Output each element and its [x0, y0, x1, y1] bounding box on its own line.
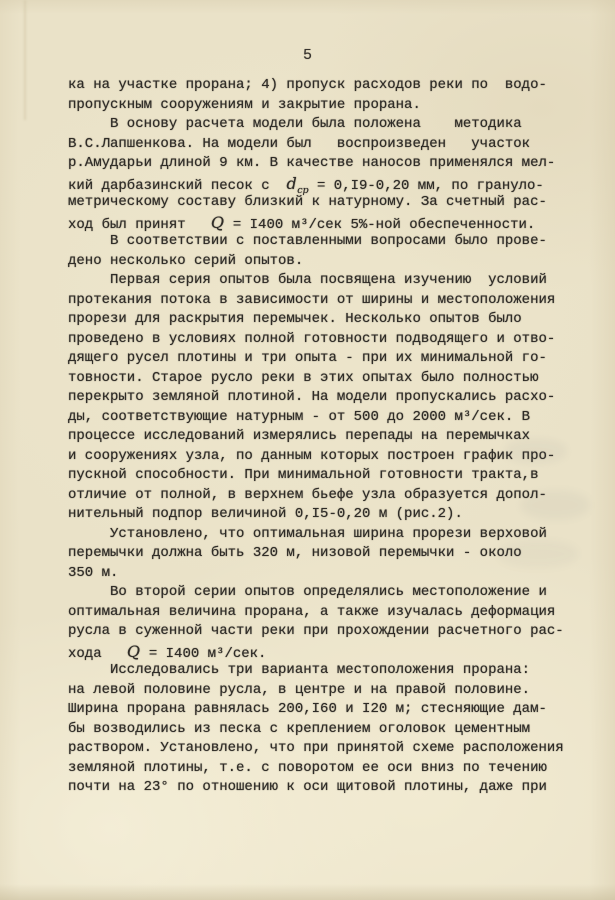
- text-body: ка на участке прорана; 4) пропуск расход…: [68, 76, 568, 798]
- text-line: проведено в условиях полной готовности п…: [68, 330, 568, 350]
- text-line: протекания потока в зависимости от ширин…: [68, 291, 568, 311]
- text-line: бы возводились из песка с креплением ого…: [68, 720, 568, 740]
- text-line: В.С.Лапшенкова. На модели был воспроизве…: [68, 135, 568, 155]
- text-line: р.Амударьи длиной 9 км. В качестве нанос…: [68, 154, 568, 174]
- text-line: товности. Старое русло реки в этих опыта…: [68, 369, 568, 389]
- text-line: Ширина прорана равнялась 200,I60 и I20 м…: [68, 700, 568, 720]
- text-line: раствором. Установлено, что при принятой…: [68, 739, 568, 759]
- text-line: В соответствии с поставленными вопросами…: [68, 232, 568, 252]
- text-line: Установлено, что оптимальная ширина прор…: [68, 525, 568, 545]
- text-line: В основу расчета модели была положена ме…: [68, 115, 568, 135]
- text-line: пускной способности. При минимальной гот…: [68, 466, 568, 486]
- handwritten-q-symbol: Q: [127, 642, 141, 661]
- handwritten-q-symbol: Q: [211, 213, 225, 232]
- text-line: ка на участке прорана; 4) пропуск расход…: [68, 76, 568, 96]
- text-line: процессе исследований измерялись перепад…: [68, 427, 568, 447]
- text-line: 350 м.: [68, 564, 568, 584]
- text-line: оптимальная величина прорана, а также из…: [68, 603, 568, 623]
- text-line: Во второй серии опытов определялись мест…: [68, 583, 568, 603]
- text-line: ход был принят Q = I400 м³/сек 5%-ной об…: [68, 213, 568, 233]
- text-line: метрическому составу близкий к натурному…: [68, 193, 568, 213]
- document-page: 5 ка на участке прорана; 4) пропуск расх…: [0, 0, 615, 900]
- page-number: 5: [0, 47, 615, 64]
- text-line: почти на 23° по отношению к оси щитовой …: [68, 778, 568, 798]
- text-line: русла в суженной части реки при прохожде…: [68, 622, 568, 642]
- text-line: пропускным сооружениям и закрытие проран…: [68, 96, 568, 116]
- text-line: Первая серия опытов была посвящена изуче…: [68, 271, 568, 291]
- text-line: земляной плотины, т.е. с поворотом ее ос…: [68, 759, 568, 779]
- text-line: нительный подпор величиной 0,I5-0,20 м (…: [68, 505, 568, 525]
- bleed-through-stain: [498, 540, 578, 568]
- text-line: и сооружениях узла, по данным которых по…: [68, 447, 568, 467]
- text-line: хода Q = I400 м³/сек.: [68, 642, 568, 662]
- bleed-through-stain: [505, 438, 567, 464]
- text-line: дено несколько серий опытов.: [68, 252, 568, 272]
- text-line: перекрыто земляной плотиной. На модели п…: [68, 388, 568, 408]
- bleed-through-stain: [520, 490, 590, 520]
- text-line: перемычки должна быть 320 м, низовой пер…: [68, 544, 568, 564]
- text-line: кий дарбазинский песок с dср = 0,I9-0,20…: [68, 174, 568, 194]
- text-line: ды, соответствующие натурным - от 500 до…: [68, 408, 568, 428]
- handwritten-d-symbol: dср: [286, 174, 308, 193]
- text-line: дящего русел плотины и три опыта - при и…: [68, 349, 568, 369]
- text-line: отличие от полной, в верхнем бьефе узла …: [68, 486, 568, 506]
- text-line: прорези для раскрытия перемычек. Несколь…: [68, 310, 568, 330]
- text-line: на левой половине русла, в центре и на п…: [68, 681, 568, 701]
- text-line: Исследовались три варианта местоположени…: [68, 661, 568, 681]
